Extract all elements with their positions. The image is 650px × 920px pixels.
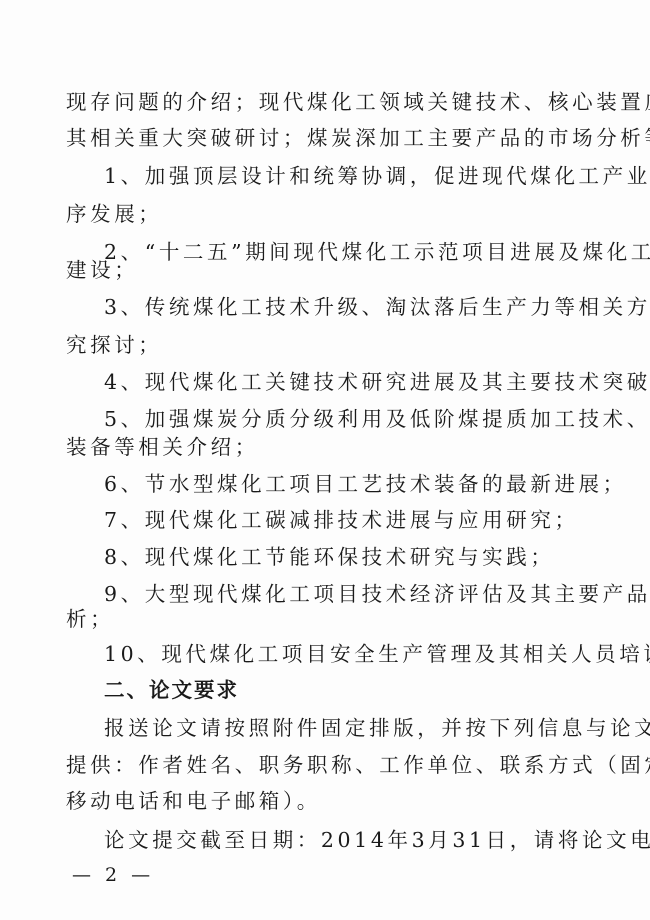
paragraph-line: 提供：作者姓名、职务职称、工作单位、联系方式（固定电话、 bbox=[66, 751, 596, 779]
list-item-10: 10、现代煤化工项目安全生产管理及其相关人员培训。 bbox=[104, 640, 634, 668]
paragraph-line: 现存问题的介绍；现代煤化工领域关键技术、核心装置应用及 bbox=[66, 88, 596, 116]
list-item-2-continuation: 建设； bbox=[66, 256, 596, 284]
list-item-1: 1、加强顶层设计和统筹协调，促进现代煤化工产业科学有 bbox=[104, 162, 634, 190]
section-heading: 二、论文要求 bbox=[104, 676, 634, 704]
list-item-3-continuation: 究探讨； bbox=[66, 331, 596, 359]
list-item-8: 8、现代煤化工节能环保技术研究与实践； bbox=[104, 543, 634, 571]
list-item-3: 3、传统煤化工技术升级、淘汰落后生产力等相关方面的研 bbox=[104, 293, 634, 321]
list-item-7: 7、现代煤化工碳减排技术进展与应用研究； bbox=[104, 506, 634, 534]
list-item-9-continuation: 析； bbox=[66, 605, 596, 633]
list-item-5: 5、加强煤炭分质分级利用及低阶煤提质加工技术、工艺、 bbox=[104, 405, 634, 433]
document-page: 现存问题的介绍；现代煤化工领域关键技术、核心装置应用及 其相关重大突破研讨；煤炭… bbox=[0, 0, 650, 920]
paragraph-line: 报送论文请按照附件固定排版，并按下列信息与论文一并 bbox=[104, 714, 634, 742]
paragraph-line: 移动电话和电子邮箱）。 bbox=[66, 787, 596, 815]
list-item-6: 6、节水型煤化工项目工艺技术装备的最新进展； bbox=[104, 470, 634, 498]
list-item-9: 9、大型现代煤化工项目技术经济评估及其主要产品市场分 bbox=[104, 580, 634, 608]
paragraph-line: 论文提交截至日期：2014年3月31日，请将论文电子文档 bbox=[104, 826, 634, 854]
page-number: — 2 — bbox=[72, 864, 154, 886]
list-item-5-continuation: 装备等相关介绍； bbox=[66, 433, 596, 461]
list-item-1-continuation: 序发展； bbox=[66, 200, 596, 228]
list-item-4: 4、现代煤化工关键技术研究进展及其主要技术突破； bbox=[104, 368, 634, 396]
paragraph-line: 其相关重大突破研讨；煤炭深加工主要产品的市场分析等。 bbox=[66, 124, 596, 152]
